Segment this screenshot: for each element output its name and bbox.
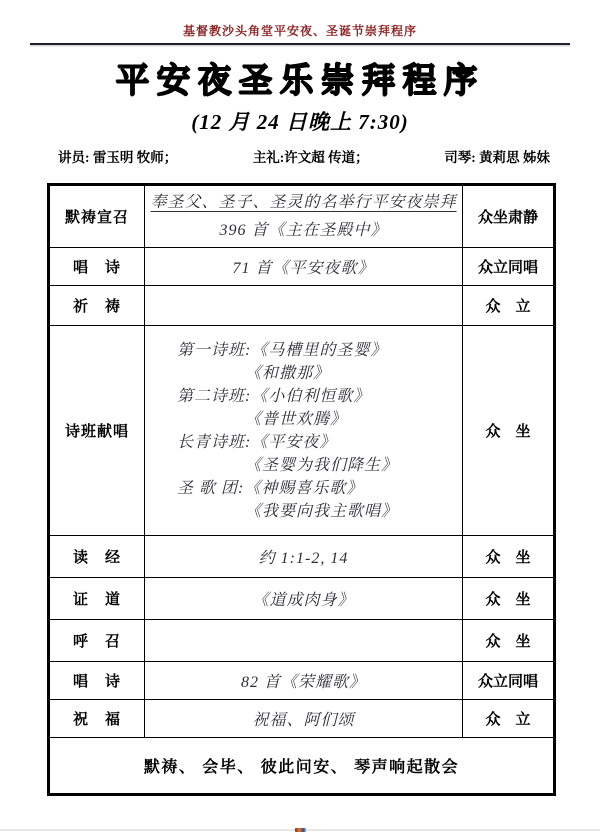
program-posture-cell: 众 立 xyxy=(463,286,555,326)
pianist-credit: 司琴: 黄莉思 姊妹 xyxy=(444,146,550,166)
hymn-396-text: 396 首《主在圣殿中》 xyxy=(146,217,461,245)
page-title: 平安夜圣乐崇拜程序 xyxy=(0,61,600,101)
program-content-cell: 奉圣父、圣子、圣灵的名举行平安夜崇拜 396 首《主在圣殿中》 xyxy=(145,185,463,248)
choir-line: 圣 歌 团:《神赐喜乐歌》 xyxy=(177,477,461,500)
program-item-cell: 唱 诗 xyxy=(49,662,145,700)
table-row-benediction: 祝 福 祝福、阿们颂 众 立 xyxy=(49,700,555,738)
choir-line: 第二诗班:《小伯利恒歌》 xyxy=(177,385,461,408)
program-posture-cell: 众 立 xyxy=(463,700,555,738)
choir-line: 《我要向我主歌唱》 xyxy=(177,500,461,523)
liturgist-credit: 主礼:许文超 传道； xyxy=(253,146,369,166)
choir-line: 长青诗班:《平安夜》 xyxy=(177,431,461,454)
program-item-cell: 读 经 xyxy=(49,536,145,578)
program-content-cell: 82 首《荣耀歌》 xyxy=(145,662,463,700)
program-item-cell: 默祷宣召 xyxy=(49,185,145,248)
header-divider xyxy=(30,43,570,45)
program-content-cell: 第一诗班:《马槽里的圣婴》 《和撒那》 第二诗班:《小伯利恒歌》 《普世欢腾》 … xyxy=(145,326,463,536)
program-content-cell xyxy=(145,620,463,662)
program-table: 默祷宣召 奉圣父、圣子、圣灵的名举行平安夜崇拜 396 首《主在圣殿中》 众坐肃… xyxy=(47,183,556,796)
program-posture-cell: 众 坐 xyxy=(463,536,555,578)
program-content-cell xyxy=(145,286,463,326)
table-row-closing: 默祷、 会毕、 彼此问安、 琴声响起散会 xyxy=(49,738,555,795)
program-content-cell: 祝福、阿们颂 xyxy=(145,700,463,738)
speaker-credit: 讲员: 雷玉明 牧师； xyxy=(58,146,177,166)
document-page: 基督教沙头角堂平安夜、圣诞节崇拜程序 平安夜圣乐崇拜程序 (12 月 24 日晚… xyxy=(0,0,600,834)
table-row-prayer: 祈 祷 众 立 xyxy=(49,286,555,326)
page-subtitle: (12 月 24 日晚上 7:30) xyxy=(0,110,600,134)
program-posture-cell: 众 坐 xyxy=(463,578,555,620)
choir-line: 《和撒那》 xyxy=(177,362,461,385)
program-posture-cell: 众立同唱 xyxy=(463,662,555,700)
choir-line: 第一诗班:《马槽里的圣婴》 xyxy=(177,339,461,362)
program-posture-cell: 众 坐 xyxy=(463,620,555,662)
program-content-cell: 《道成肉身》 xyxy=(145,578,463,620)
table-row-scripture: 读 经 约 1:1-2, 14 众 坐 xyxy=(49,536,555,578)
choir-line: 《圣婴为我们降生》 xyxy=(177,454,461,477)
closing-note-cell: 默祷、 会毕、 彼此问安、 琴声响起散会 xyxy=(49,738,555,795)
table-row-choir-anthems: 诗班献唱 第一诗班:《马槽里的圣婴》 《和撒那》 第二诗班:《小伯利恒歌》 《普… xyxy=(49,326,555,536)
table-row-hymn-2: 唱 诗 82 首《荣耀歌》 众立同唱 xyxy=(49,662,555,700)
program-posture-cell: 众 坐 xyxy=(463,326,555,536)
call-to-worship-text: 奉圣父、圣子、圣灵的名举行平安夜崇拜 xyxy=(146,189,461,217)
program-item-cell: 诗班献唱 xyxy=(49,326,145,536)
program-item-cell: 证 道 xyxy=(49,578,145,620)
officiants-line: 讲员: 雷玉明 牧师； 主礼:许文超 传道； 司琴: 黄莉思 姊妹 xyxy=(58,146,550,166)
program-item-cell: 祝 福 xyxy=(49,700,145,738)
program-content-cell: 约 1:1-2, 14 xyxy=(145,536,463,578)
choir-line: 《普世欢腾》 xyxy=(177,408,461,431)
table-row-hymn: 唱 诗 71 首《平安夜歌》 众立同唱 xyxy=(49,248,555,286)
program-posture-cell: 众立同唱 xyxy=(463,248,555,286)
table-row-invitation: 呼 召 众 坐 xyxy=(49,620,555,662)
program-item-cell: 祈 祷 xyxy=(49,286,145,326)
taskbar-app-icon-sliver[interactable] xyxy=(295,828,306,832)
program-item-cell: 呼 召 xyxy=(49,620,145,662)
program-posture-cell: 众坐肃静 xyxy=(463,185,555,248)
table-row-call-to-worship: 默祷宣召 奉圣父、圣子、圣灵的名举行平安夜崇拜 396 首《主在圣殿中》 众坐肃… xyxy=(49,185,555,248)
program-content-cell: 71 首《平安夜歌》 xyxy=(145,248,463,286)
table-row-sermon: 证 道 《道成肉身》 众 坐 xyxy=(49,578,555,620)
program-item-cell: 唱 诗 xyxy=(49,248,145,286)
page-header-note: 基督教沙头角堂平安夜、圣诞节崇拜程序 xyxy=(0,0,600,39)
